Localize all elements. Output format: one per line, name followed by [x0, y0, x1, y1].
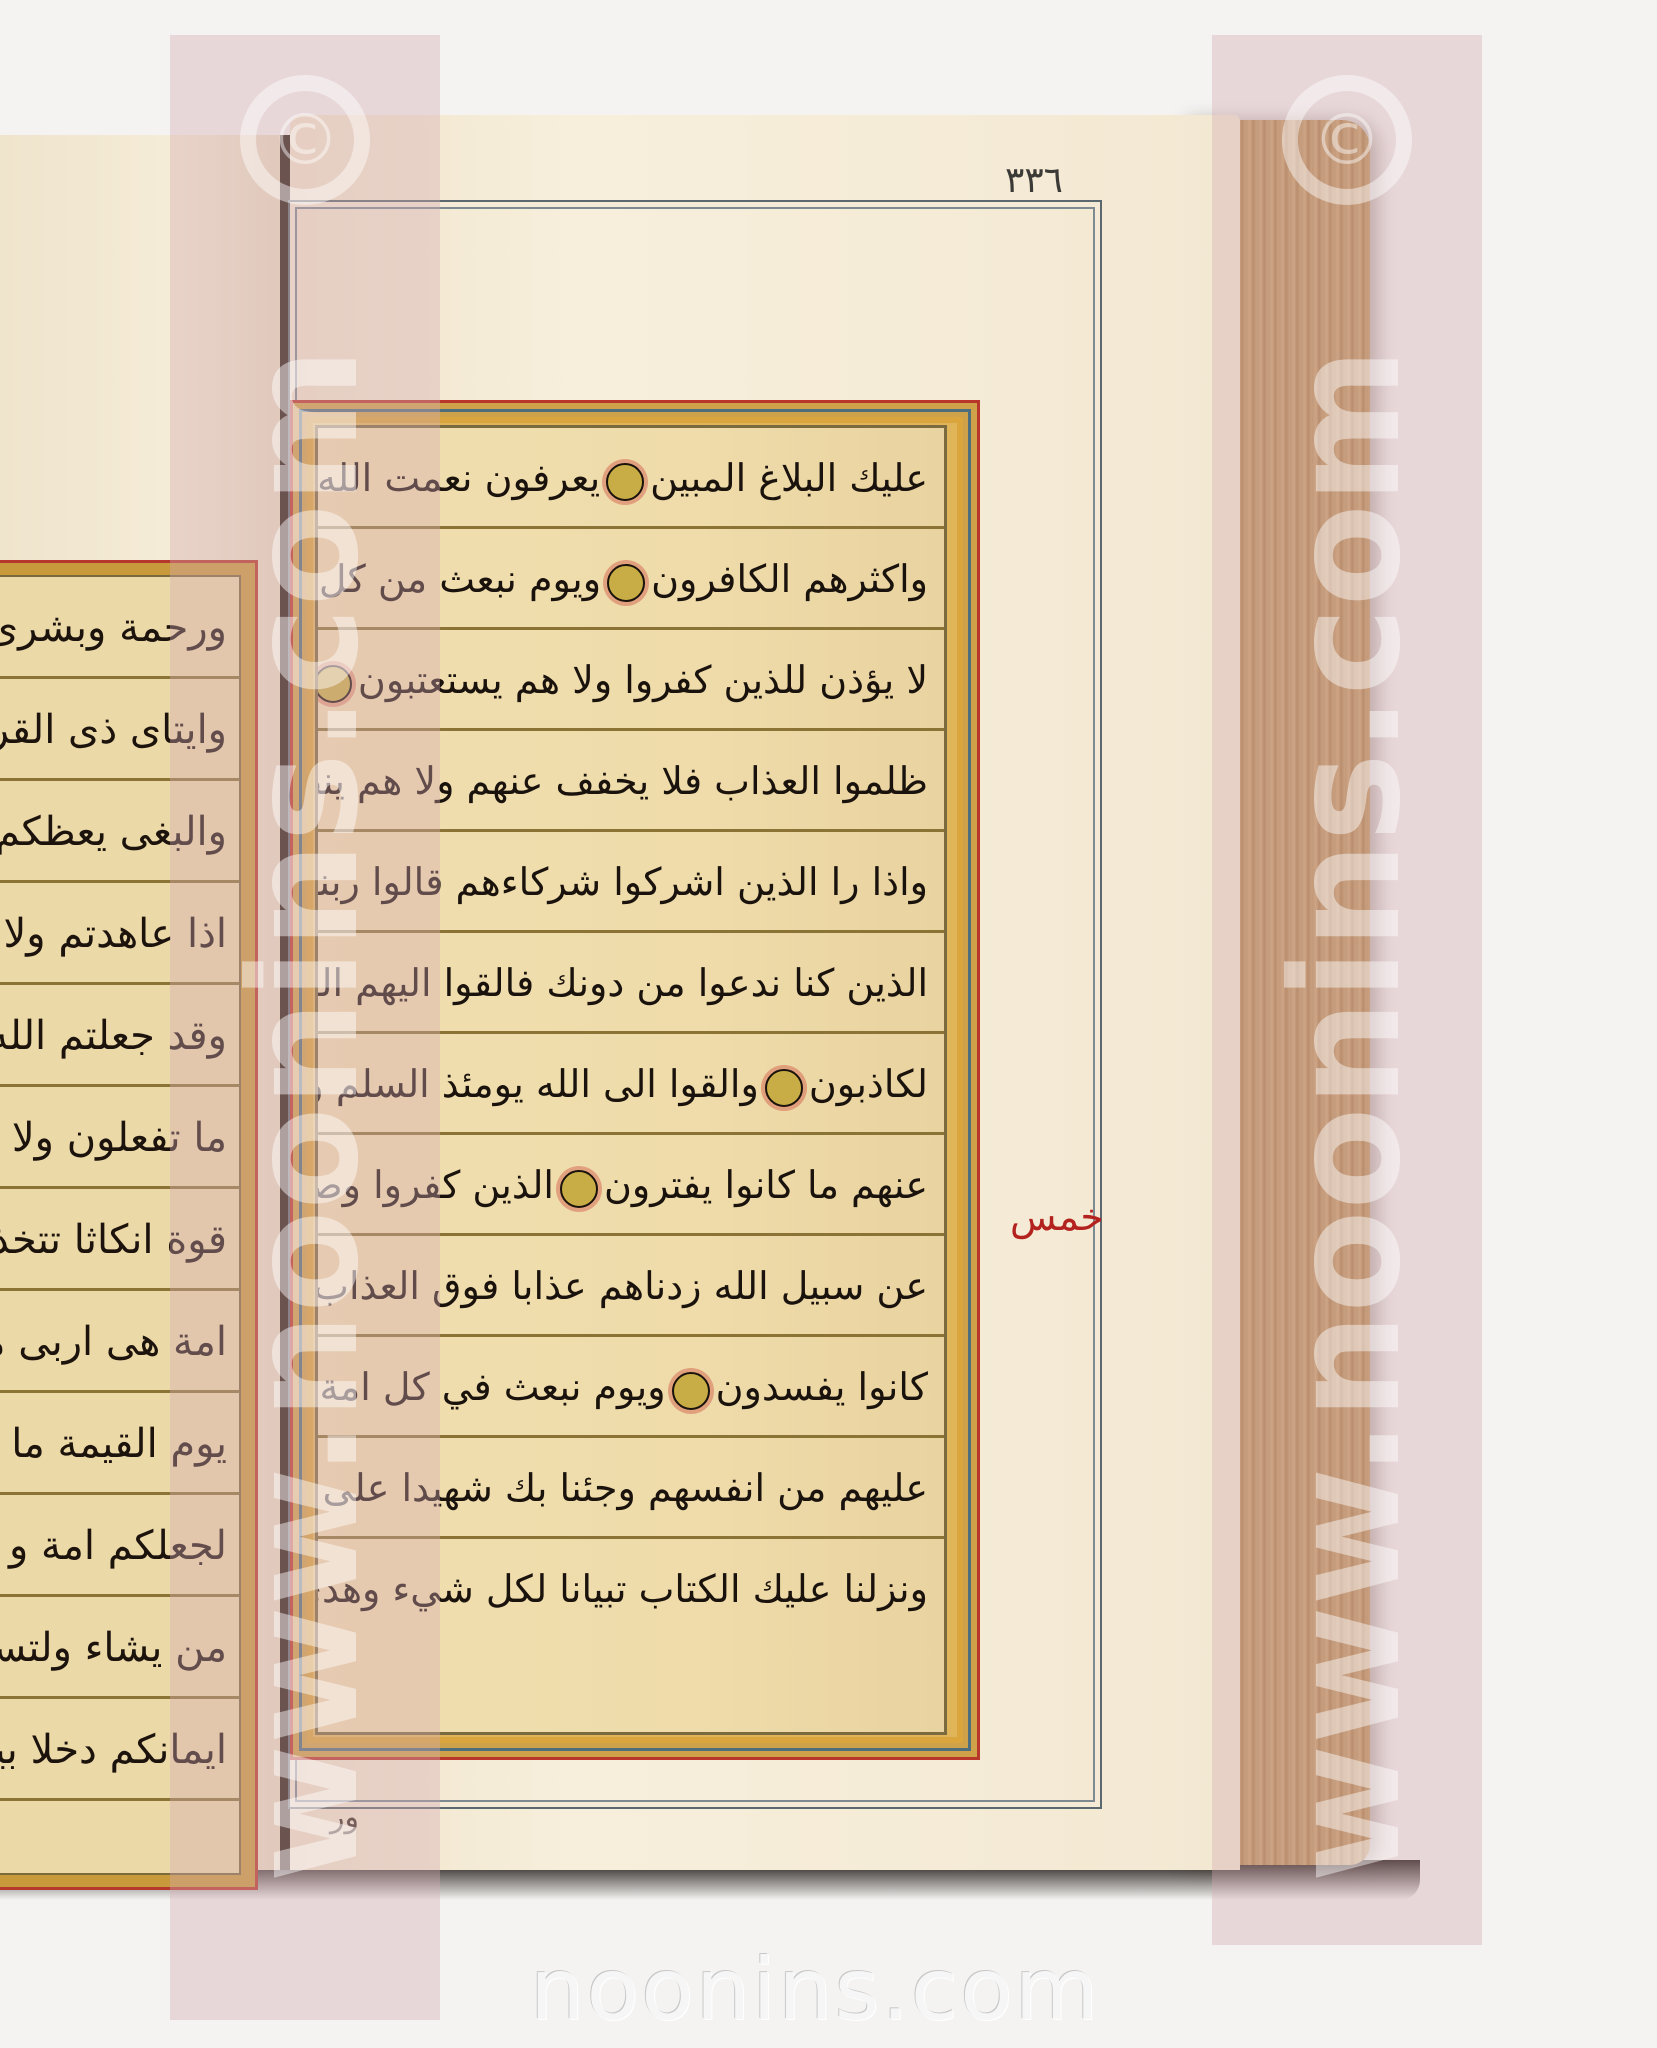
- watermark-strip-left: © www.noonins.com: [170, 35, 440, 2020]
- margin-note: خمس: [1010, 1195, 1104, 1239]
- verse-marker-icon: [560, 1170, 598, 1208]
- copyright-icon: ©: [1282, 75, 1412, 205]
- page-number: ٣٣٦: [1005, 160, 1063, 201]
- verse-marker-icon: [765, 1069, 803, 1107]
- verse-marker-icon: [607, 564, 645, 602]
- watermark-vertical-text: www.noonins.com: [170, 265, 440, 1965]
- watermark-vertical-text: www.noonins.com: [1212, 265, 1482, 1965]
- verse-marker-icon: [606, 463, 644, 501]
- watermark-bottom-text: noonins.com: [530, 1940, 1100, 2040]
- copyright-icon: ©: [240, 75, 370, 205]
- watermark-strip-right: © www.noonins.com: [1212, 35, 1482, 1945]
- verse-marker-icon: [672, 1372, 710, 1410]
